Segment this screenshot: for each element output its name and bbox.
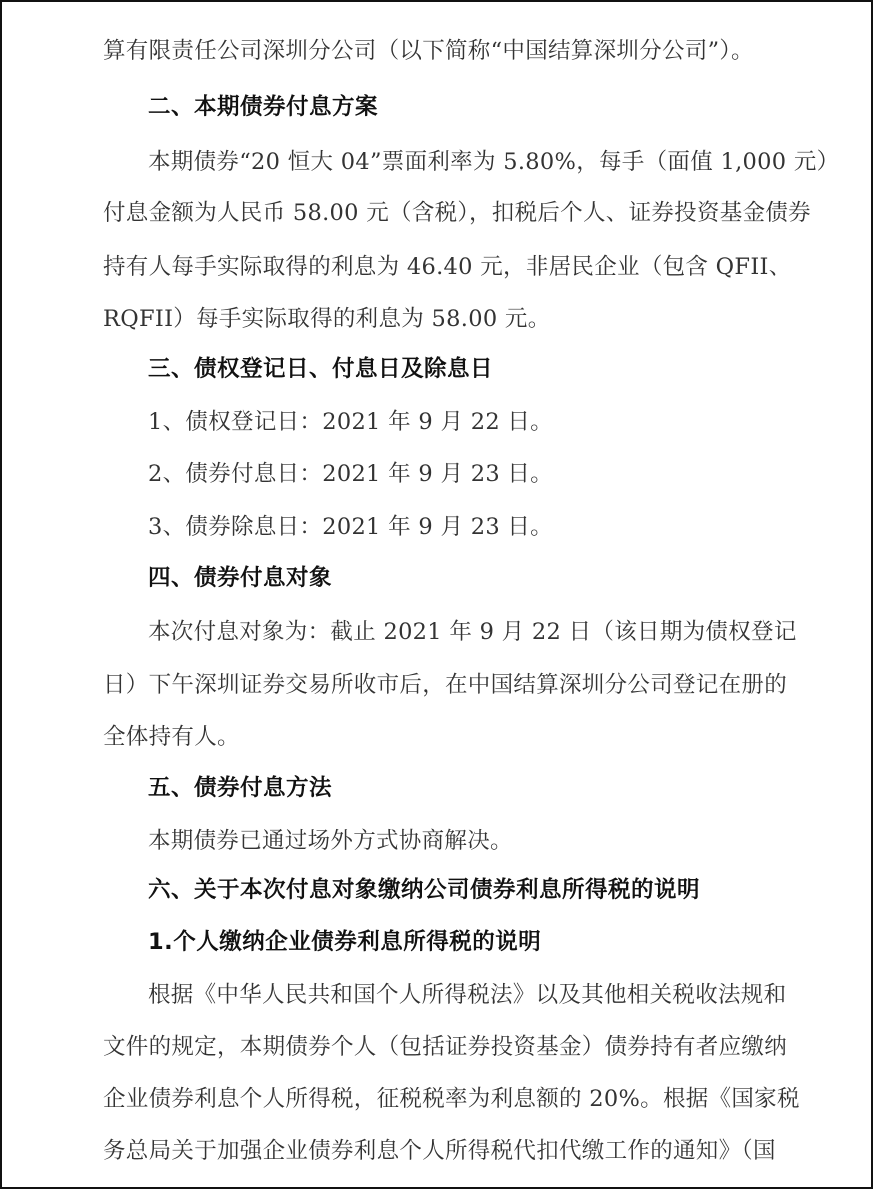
paragraph-line: 务总局关于加强企业债券利息个人所得税代扣代缴工作的通知》（国	[103, 1136, 776, 1166]
section-heading-payment-plan: 二、本期债券付息方案	[148, 92, 378, 122]
paragraph-line: 本期债券“20 恒大 04”票面利率为 5.80%，每手（面值 1,000 元）	[148, 147, 839, 177]
section-heading-payment-method: 五、债券付息方法	[148, 773, 332, 803]
section-heading-payment-target: 四、债券付息对象	[148, 563, 332, 593]
payment-date-item: 2、债券付息日：2021 年 9 月 23 日。	[148, 459, 553, 489]
paragraph-line: 根据《中华人民共和国个人所得税法》以及其他相关税收法规和	[148, 980, 786, 1010]
record-date-item: 1、债权登记日：2021 年 9 月 22 日。	[148, 407, 553, 437]
paragraph-line: 全体持有人。	[103, 722, 240, 752]
paragraph-line: RQFII）每手实际取得的利息为 58.00 元。	[103, 304, 551, 334]
section-heading-dates: 三、债权登记日、付息日及除息日	[148, 354, 493, 384]
document-page: 算有限责任公司深圳分公司（以下简称“中国结算深圳分公司”）。 二、本期债券付息方…	[0, 0, 873, 1189]
paragraph-line: 付息金额为人民币 58.00 元（含税），扣税后个人、证券投资基金债券	[103, 198, 811, 228]
paragraph-line: 文件的规定，本期债券个人（包括证券投资基金）债券持有者应缴纳	[103, 1032, 787, 1062]
ex-interest-date-item: 3、债券除息日：2021 年 9 月 23 日。	[148, 512, 553, 542]
paragraph-line: 本次付息对象为：截止 2021 年 9 月 22 日（该日期为债权登记	[148, 617, 797, 647]
subsection-heading-individual-tax: 1.个人缴纳企业债券利息所得税的说明	[148, 927, 541, 957]
paragraph-line: 本期债券已通过场外方式协商解决。	[148, 826, 513, 856]
paragraph-line: 企业债券利息个人所得税，征税税率为利息额的 20%。根据《国家税	[103, 1084, 800, 1114]
paragraph-line: 持有人每手实际取得的利息为 46.40 元，非居民企业（包含 QFII、	[103, 252, 792, 282]
paragraph-line: 算有限责任公司深圳分公司（以下简称“中国结算深圳分公司”）。	[103, 36, 754, 66]
paragraph-line: 日）下午深圳证券交易所收市后，在中国结算深圳分公司登记在册的	[103, 670, 787, 700]
section-heading-tax-notes: 六、关于本次付息对象缴纳公司债券利息所得税的说明	[148, 875, 700, 905]
